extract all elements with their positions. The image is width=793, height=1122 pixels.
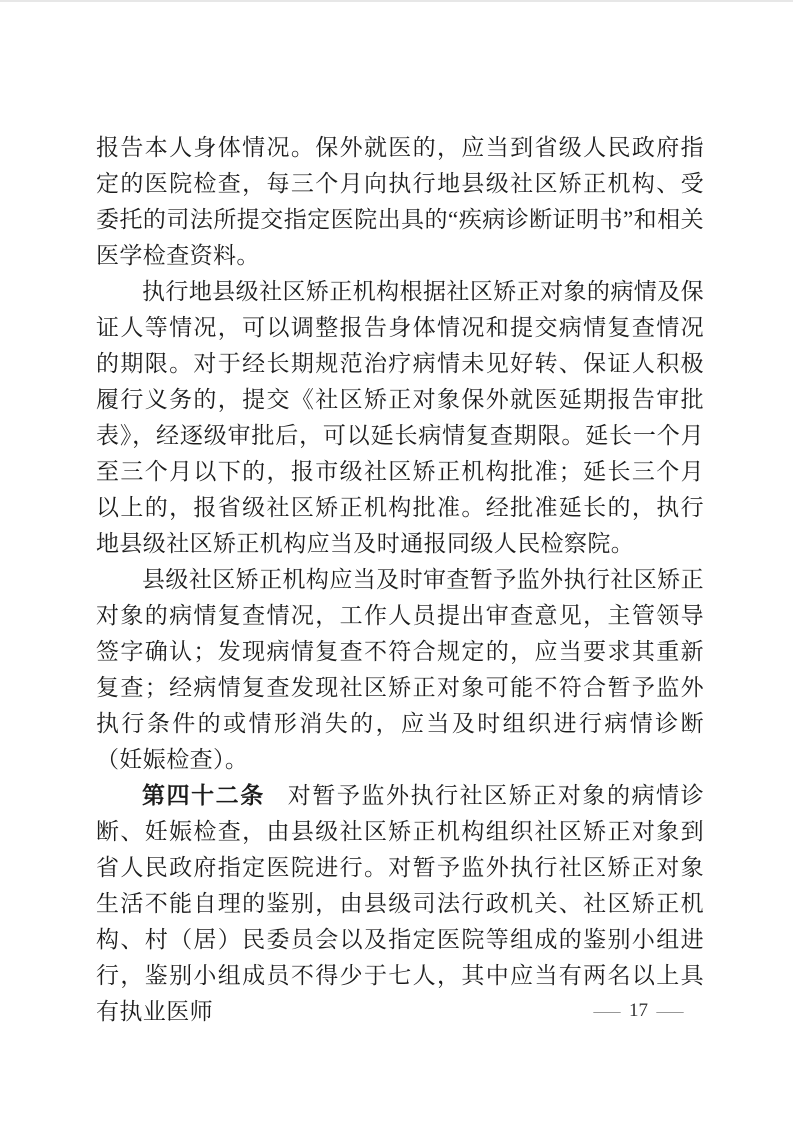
footer-dash-right: — [657,1000,684,1022]
page-footer: — 17 — [598,1000,679,1022]
paragraph-continuation: 报告本人身体情况。保外就医的，应当到省级人民政府指定的医院检查，每三个月向执行地… [96,130,704,274]
scan-edge-artifact [0,0,793,2]
page-number: 17 [629,1000,648,1022]
paragraph-article-42: 第四十二条对暂予监外执行社区矫正对象的病情诊断、妊娠检查，由县级社区矫正机构组织… [96,778,704,1030]
document-page: 报告本人身体情况。保外就医的，应当到省级人民政府指定的医院检查，每三个月向执行地… [96,130,704,1030]
paragraph-county-review: 县级社区矫正机构应当及时审查暂予监外执行社区矫正对象的病情复查情况，工作人员提出… [96,562,704,778]
article-number: 第四十二条 [142,783,265,808]
footer-dash-left: — [594,1000,621,1022]
article-body: 对暂予监外执行社区矫正对象的病情诊断、妊娠检查，由县级社区矫正机构组织社区矫正对… [96,783,704,1024]
paragraph-review-deadline: 执行地县级社区矫正机构根据社区矫正对象的病情及保证人等情况，可以调整报告身体情况… [96,274,704,562]
